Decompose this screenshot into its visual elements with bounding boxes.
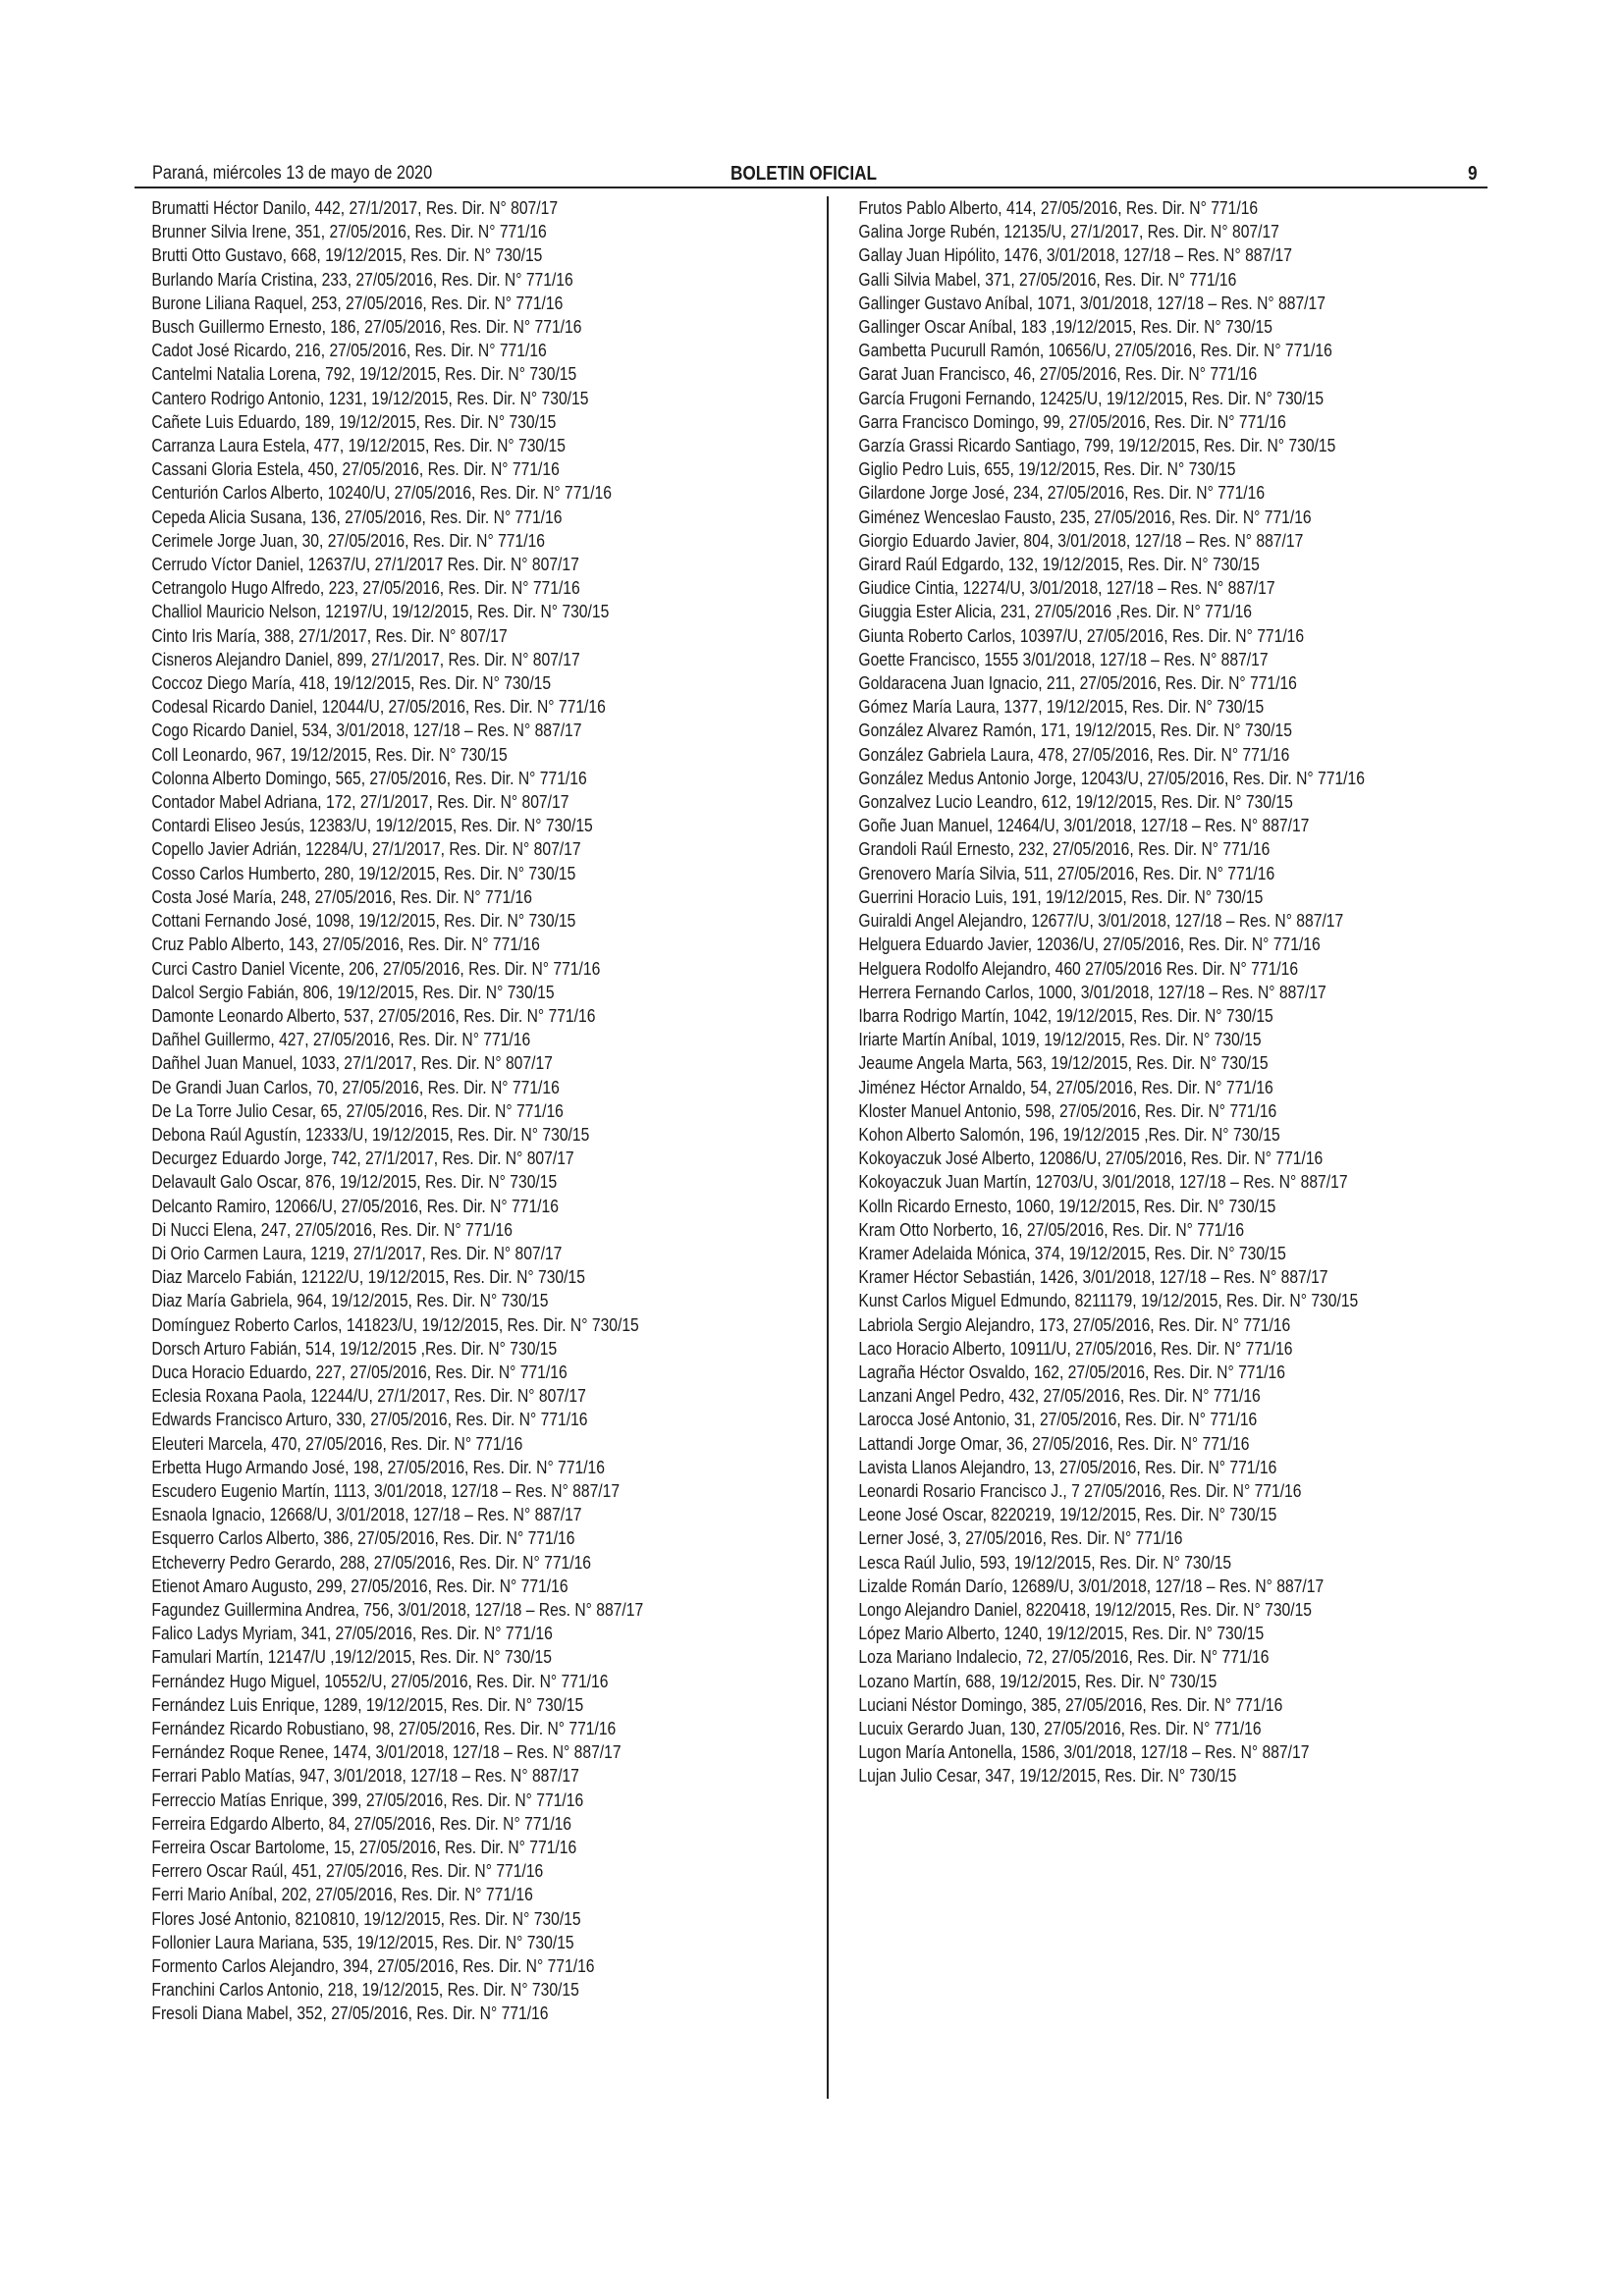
list-item: Centurión Carlos Alberto, 10240/U, 27/05… — [135, 481, 820, 505]
list-item: López Mario Alberto, 1240, 19/12/2015, R… — [841, 1622, 1486, 1645]
list-item: Lanzani Angel Pedro, 432, 27/05/2016, Re… — [841, 1384, 1486, 1408]
list-item: Brunner Silvia Irene, 351, 27/05/2016, R… — [135, 220, 820, 243]
left-column: Brumatti Héctor Danilo, 442, 27/1/2017, … — [135, 196, 922, 2026]
list-item: Giudice Cintia, 12274/U, 3/01/2018, 127/… — [841, 576, 1486, 600]
list-item: Coccoz Diego María, 418, 19/12/2015, Res… — [135, 671, 820, 695]
list-item: Di Nucci Elena, 247, 27/05/2016, Res. Di… — [135, 1218, 820, 1242]
right-column: Frutos Pablo Alberto, 414, 27/05/2016, R… — [841, 196, 1582, 1789]
left-column-list: Brumatti Héctor Danilo, 442, 27/1/2017, … — [135, 196, 820, 2026]
list-item: Erbetta Hugo Armando José, 198, 27/05/20… — [135, 1456, 820, 1479]
list-item: Iriarte Martín Aníbal, 1019, 19/12/2015,… — [841, 1028, 1486, 1051]
header-title: BOLETIN OFICIAL — [730, 163, 877, 185]
list-item: Diaz María Gabriela, 964, 19/12/2015, Re… — [135, 1289, 820, 1312]
list-item: Cruz Pablo Alberto, 143, 27/05/2016, Res… — [135, 933, 820, 956]
list-item: Esquerro Carlos Alberto, 386, 27/05/2016… — [135, 1526, 820, 1550]
list-item: Cepeda Alicia Susana, 136, 27/05/2016, R… — [135, 506, 820, 529]
list-item: Busch Guillermo Ernesto, 186, 27/05/2016… — [135, 315, 820, 339]
list-item: Cetrangolo Hugo Alfredo, 223, 27/05/2016… — [135, 576, 820, 600]
list-item: Contador Mabel Adriana, 172, 27/1/2017, … — [135, 790, 820, 814]
list-item: Eclesia Roxana Paola, 12244/U, 27/1/2017… — [135, 1384, 820, 1408]
list-item: Grenovero María Silvia, 511, 27/05/2016,… — [841, 862, 1486, 885]
list-item: Giuggia Ester Alicia, 231, 27/05/2016 ,R… — [841, 600, 1486, 623]
list-item: Leonardi Rosario Francisco J., 7 27/05/2… — [841, 1479, 1486, 1503]
list-item: Gambetta Pucurull Ramón, 10656/U, 27/05/… — [841, 339, 1486, 362]
list-item: Cerrudo Víctor Daniel, 12637/U, 27/1/201… — [135, 553, 820, 576]
list-item: Lagraña Héctor Osvaldo, 162, 27/05/2016,… — [841, 1361, 1486, 1384]
list-item: Ferreira Edgardo Alberto, 84, 27/05/2016… — [135, 1812, 820, 1836]
list-item: Lavista Llanos Alejandro, 13, 27/05/2016… — [841, 1456, 1486, 1479]
list-item: Giglio Pedro Luis, 655, 19/12/2015, Res.… — [841, 457, 1486, 481]
list-item: Delavault Galo Oscar, 876, 19/12/2015, R… — [135, 1170, 820, 1194]
list-item: Coll Leonardo, 967, 19/12/2015, Res. Dir… — [135, 743, 820, 767]
list-item: Falico Ladys Myriam, 341, 27/05/2016, Re… — [135, 1622, 820, 1645]
list-item: Kramer Héctor Sebastián, 1426, 3/01/2018… — [841, 1265, 1486, 1289]
list-item: Helguera Eduardo Javier, 12036/U, 27/05/… — [841, 933, 1486, 956]
list-item: Carranza Laura Estela, 477, 19/12/2015, … — [135, 434, 820, 457]
list-item: Galina Jorge Rubén, 12135/U, 27/1/2017, … — [841, 220, 1486, 243]
list-item: Gallinger Oscar Aníbal, 183 ,19/12/2015,… — [841, 315, 1486, 339]
list-item: Giunta Roberto Carlos, 10397/U, 27/05/20… — [841, 624, 1486, 648]
list-item: Loza Mariano Indalecio, 72, 27/05/2016, … — [841, 1645, 1486, 1669]
list-item: Dalcol Sergio Fabián, 806, 19/12/2015, R… — [135, 981, 820, 1004]
list-item: Frutos Pablo Alberto, 414, 27/05/2016, R… — [841, 196, 1486, 220]
page-header: Paraná, miércoles 13 de mayo de 2020 BOL… — [135, 163, 1488, 188]
list-item: Lizalde Román Darío, 12689/U, 3/01/2018,… — [841, 1575, 1486, 1598]
list-item: Brutti Otto Gustavo, 668, 19/12/2015, Re… — [135, 243, 820, 267]
list-item: Gonzalvez Lucio Leandro, 612, 19/12/2015… — [841, 790, 1486, 814]
list-item: Kokoyaczuk José Alberto, 12086/U, 27/05/… — [841, 1147, 1486, 1170]
list-item: Gómez María Laura, 1377, 19/12/2015, Res… — [841, 695, 1486, 719]
list-item: Famulari Martín, 12147/U ,19/12/2015, Re… — [135, 1645, 820, 1669]
list-item: Ferreccio Matías Enrique, 399, 27/05/201… — [135, 1789, 820, 1812]
list-item: Luciani Néstor Domingo, 385, 27/05/2016,… — [841, 1693, 1486, 1717]
list-item: De La Torre Julio Cesar, 65, 27/05/2016,… — [135, 1099, 820, 1123]
list-item: Goldaracena Juan Ignacio, 211, 27/05/201… — [841, 671, 1486, 695]
list-item: Cisneros Alejandro Daniel, 899, 27/1/201… — [135, 648, 820, 671]
right-column-list: Frutos Pablo Alberto, 414, 27/05/2016, R… — [841, 196, 1486, 1789]
list-item: Dañhel Guillermo, 427, 27/05/2016, Res. … — [135, 1028, 820, 1051]
list-item: Fagundez Guillermina Andrea, 756, 3/01/2… — [135, 1598, 820, 1622]
list-item: Dorsch Arturo Fabián, 514, 19/12/2015 ,R… — [135, 1337, 820, 1361]
list-item: Jiménez Héctor Arnaldo, 54, 27/05/2016, … — [841, 1076, 1486, 1099]
list-item: Lesca Raúl Julio, 593, 19/12/2015, Res. … — [841, 1551, 1486, 1575]
list-item: Brumatti Héctor Danilo, 442, 27/1/2017, … — [135, 196, 820, 220]
list-item: Etienot Amaro Augusto, 299, 27/05/2016, … — [135, 1575, 820, 1598]
list-item: Laco Horacio Alberto, 10911/U, 27/05/201… — [841, 1337, 1486, 1361]
list-item: Girard Raúl Edgardo, 132, 19/12/2015, Re… — [841, 553, 1486, 576]
list-item: Kramer Adelaida Mónica, 374, 19/12/2015,… — [841, 1242, 1486, 1265]
list-item: Kram Otto Norberto, 16, 27/05/2016, Res.… — [841, 1218, 1486, 1242]
list-item: Lujan Julio Cesar, 347, 19/12/2015, Res.… — [841, 1764, 1486, 1788]
list-item: Kohon Alberto Salomón, 196, 19/12/2015 ,… — [841, 1123, 1486, 1147]
list-item: Cottani Fernando José, 1098, 19/12/2015,… — [135, 909, 820, 933]
list-item: Cadot José Ricardo, 216, 27/05/2016, Res… — [135, 339, 820, 362]
list-item: Giménez Wenceslao Fausto, 235, 27/05/201… — [841, 506, 1486, 529]
list-item: Ferrero Oscar Raúl, 451, 27/05/2016, Res… — [135, 1859, 820, 1883]
list-item: Escudero Eugenio Martín, 1113, 3/01/2018… — [135, 1479, 820, 1503]
list-item: Contardi Eliseo Jesús, 12383/U, 19/12/20… — [135, 814, 820, 837]
list-item: González Gabriela Laura, 478, 27/05/2016… — [841, 743, 1486, 767]
list-item: Giorgio Eduardo Javier, 804, 3/01/2018, … — [841, 529, 1486, 553]
list-item: González Alvarez Ramón, 171, 19/12/2015,… — [841, 719, 1486, 742]
list-item: Fernández Hugo Miguel, 10552/U, 27/05/20… — [135, 1670, 820, 1693]
list-item: Cerimele Jorge Juan, 30, 27/05/2016, Res… — [135, 529, 820, 553]
list-item: Duca Horacio Eduardo, 227, 27/05/2016, R… — [135, 1361, 820, 1384]
list-item: Lattandi Jorge Omar, 36, 27/05/2016, Res… — [841, 1432, 1486, 1456]
list-item: Fernández Ricardo Robustiano, 98, 27/05/… — [135, 1717, 820, 1740]
list-item: Ferri Mario Aníbal, 202, 27/05/2016, Res… — [135, 1883, 820, 1906]
list-item: Galli Silvia Mabel, 371, 27/05/2016, Res… — [841, 268, 1486, 292]
list-item: Jeaume Angela Marta, 563, 19/12/2015, Re… — [841, 1051, 1486, 1075]
list-item: Larocca José Antonio, 31, 27/05/2016, Re… — [841, 1408, 1486, 1431]
list-item: Curci Castro Daniel Vicente, 206, 27/05/… — [135, 957, 820, 981]
list-item: Kunst Carlos Miguel Edmundo, 8211179, 19… — [841, 1289, 1486, 1312]
list-item: Franchini Carlos Antonio, 218, 19/12/201… — [135, 1978, 820, 2002]
list-item: Labriola Sergio Alejandro, 173, 27/05/20… — [841, 1313, 1486, 1337]
list-item: Leone José Oscar, 8220219, 19/12/2015, R… — [841, 1503, 1486, 1526]
list-item: Debona Raúl Agustín, 12333/U, 19/12/2015… — [135, 1123, 820, 1147]
list-item: Gilardone Jorge José, 234, 27/05/2016, R… — [841, 481, 1486, 505]
list-item: Etcheverry Pedro Gerardo, 288, 27/05/201… — [135, 1551, 820, 1575]
list-item: Formento Carlos Alejandro, 394, 27/05/20… — [135, 1954, 820, 1978]
list-item: Flores José Antonio, 8210810, 19/12/2015… — [135, 1907, 820, 1931]
column-divider — [827, 196, 829, 2099]
list-item: Lucuix Gerardo Juan, 130, 27/05/2016, Re… — [841, 1717, 1486, 1740]
list-item: Esnaola Ignacio, 12668/U, 3/01/2018, 127… — [135, 1503, 820, 1526]
list-item: Gallinger Gustavo Aníbal, 1071, 3/01/201… — [841, 292, 1486, 315]
list-item: Delcanto Ramiro, 12066/U, 27/05/2016, Re… — [135, 1195, 820, 1218]
list-item: Grandoli Raúl Ernesto, 232, 27/05/2016, … — [841, 837, 1486, 861]
list-item: Garra Francisco Domingo, 99, 27/05/2016,… — [841, 410, 1486, 434]
list-item: Kloster Manuel Antonio, 598, 27/05/2016,… — [841, 1099, 1486, 1123]
list-item: Copello Javier Adrián, 12284/U, 27/1/201… — [135, 837, 820, 861]
list-item: Damonte Leonardo Alberto, 537, 27/05/201… — [135, 1004, 820, 1028]
page-number: 9 — [1468, 163, 1478, 185]
list-item: Codesal Ricardo Daniel, 12044/U, 27/05/2… — [135, 695, 820, 719]
list-item: Goñe Juan Manuel, 12464/U, 3/01/2018, 12… — [841, 814, 1486, 837]
list-item: Fresoli Diana Mabel, 352, 27/05/2016, Re… — [135, 2002, 820, 2025]
list-item: Lugon María Antonella, 1586, 3/01/2018, … — [841, 1740, 1486, 1764]
list-item: Cassani Gloria Estela, 450, 27/05/2016, … — [135, 457, 820, 481]
list-item: Herrera Fernando Carlos, 1000, 3/01/2018… — [841, 981, 1486, 1004]
list-item: Garzía Grassi Ricardo Santiago, 799, 19/… — [841, 434, 1486, 457]
list-item: Di Orio Carmen Laura, 1219, 27/1/2017, R… — [135, 1242, 820, 1265]
list-item: Follonier Laura Mariana, 535, 19/12/2015… — [135, 1931, 820, 1954]
list-item: Guiraldi Angel Alejandro, 12677/U, 3/01/… — [841, 909, 1486, 933]
list-item: García Frugoni Fernando, 12425/U, 19/12/… — [841, 387, 1486, 410]
list-item: Ferreira Oscar Bartolome, 15, 27/05/2016… — [135, 1836, 820, 1859]
list-item: Fernández Luis Enrique, 1289, 19/12/2015… — [135, 1693, 820, 1717]
list-item: González Medus Antonio Jorge, 12043/U, 2… — [841, 767, 1486, 790]
list-item: Diaz Marcelo Fabián, 12122/U, 19/12/2015… — [135, 1265, 820, 1289]
list-item: Dañhel Juan Manuel, 1033, 27/1/2017, Res… — [135, 1051, 820, 1075]
list-item: Longo Alejandro Daniel, 8220418, 19/12/2… — [841, 1598, 1486, 1622]
list-item: Burone Liliana Raquel, 253, 27/05/2016, … — [135, 292, 820, 315]
list-item: Ibarra Rodrigo Martín, 1042, 19/12/2015,… — [841, 1004, 1486, 1028]
list-item: Edwards Francisco Arturo, 330, 27/05/201… — [135, 1408, 820, 1431]
list-item: De Grandi Juan Carlos, 70, 27/05/2016, R… — [135, 1076, 820, 1099]
list-item: Guerrini Horacio Luis, 191, 19/12/2015, … — [841, 885, 1486, 909]
list-item: Lozano Martín, 688, 19/12/2015, Res. Dir… — [841, 1670, 1486, 1693]
list-item: Cañete Luis Eduardo, 189, 19/12/2015, Re… — [135, 410, 820, 434]
list-item: Eleuteri Marcela, 470, 27/05/2016, Res. … — [135, 1432, 820, 1456]
list-item: Kolln Ricardo Ernesto, 1060, 19/12/2015,… — [841, 1195, 1486, 1218]
list-item: Cogo Ricardo Daniel, 534, 3/01/2018, 127… — [135, 719, 820, 742]
list-item: Cantero Rodrigo Antonio, 1231, 19/12/201… — [135, 387, 820, 410]
list-item: Kokoyaczuk Juan Martín, 12703/U, 3/01/20… — [841, 1170, 1486, 1194]
list-item: Decurgez Eduardo Jorge, 742, 27/1/2017, … — [135, 1147, 820, 1170]
list-item: Garat Juan Francisco, 46, 27/05/2016, Re… — [841, 362, 1486, 386]
list-item: Cinto Iris María, 388, 27/1/2017, Res. D… — [135, 624, 820, 648]
list-item: Cantelmi Natalia Lorena, 792, 19/12/2015… — [135, 362, 820, 386]
list-item: Lerner José, 3, 27/05/2016, Res. Dir. N°… — [841, 1526, 1486, 1550]
list-item: Goette Francisco, 1555 3/01/2018, 127/18… — [841, 648, 1486, 671]
list-item: Domínguez Roberto Carlos, 141823/U, 19/1… — [135, 1313, 820, 1337]
list-item: Challiol Mauricio Nelson, 12197/U, 19/12… — [135, 600, 820, 623]
list-item: Costa José María, 248, 27/05/2016, Res. … — [135, 885, 820, 909]
list-item: Burlando María Cristina, 233, 27/05/2016… — [135, 268, 820, 292]
header-place-date: Paraná, miércoles 13 de mayo de 2020 — [152, 163, 432, 185]
list-item: Colonna Alberto Domingo, 565, 27/05/2016… — [135, 767, 820, 790]
list-item: Cosso Carlos Humberto, 280, 19/12/2015, … — [135, 862, 820, 885]
list-item: Ferrari Pablo Matías, 947, 3/01/2018, 12… — [135, 1764, 820, 1788]
list-item: Helguera Rodolfo Alejandro, 460 27/05/20… — [841, 957, 1486, 981]
list-item: Gallay Juan Hipólito, 1476, 3/01/2018, 1… — [841, 243, 1486, 267]
list-item: Fernández Roque Renee, 1474, 3/01/2018, … — [135, 1740, 820, 1764]
